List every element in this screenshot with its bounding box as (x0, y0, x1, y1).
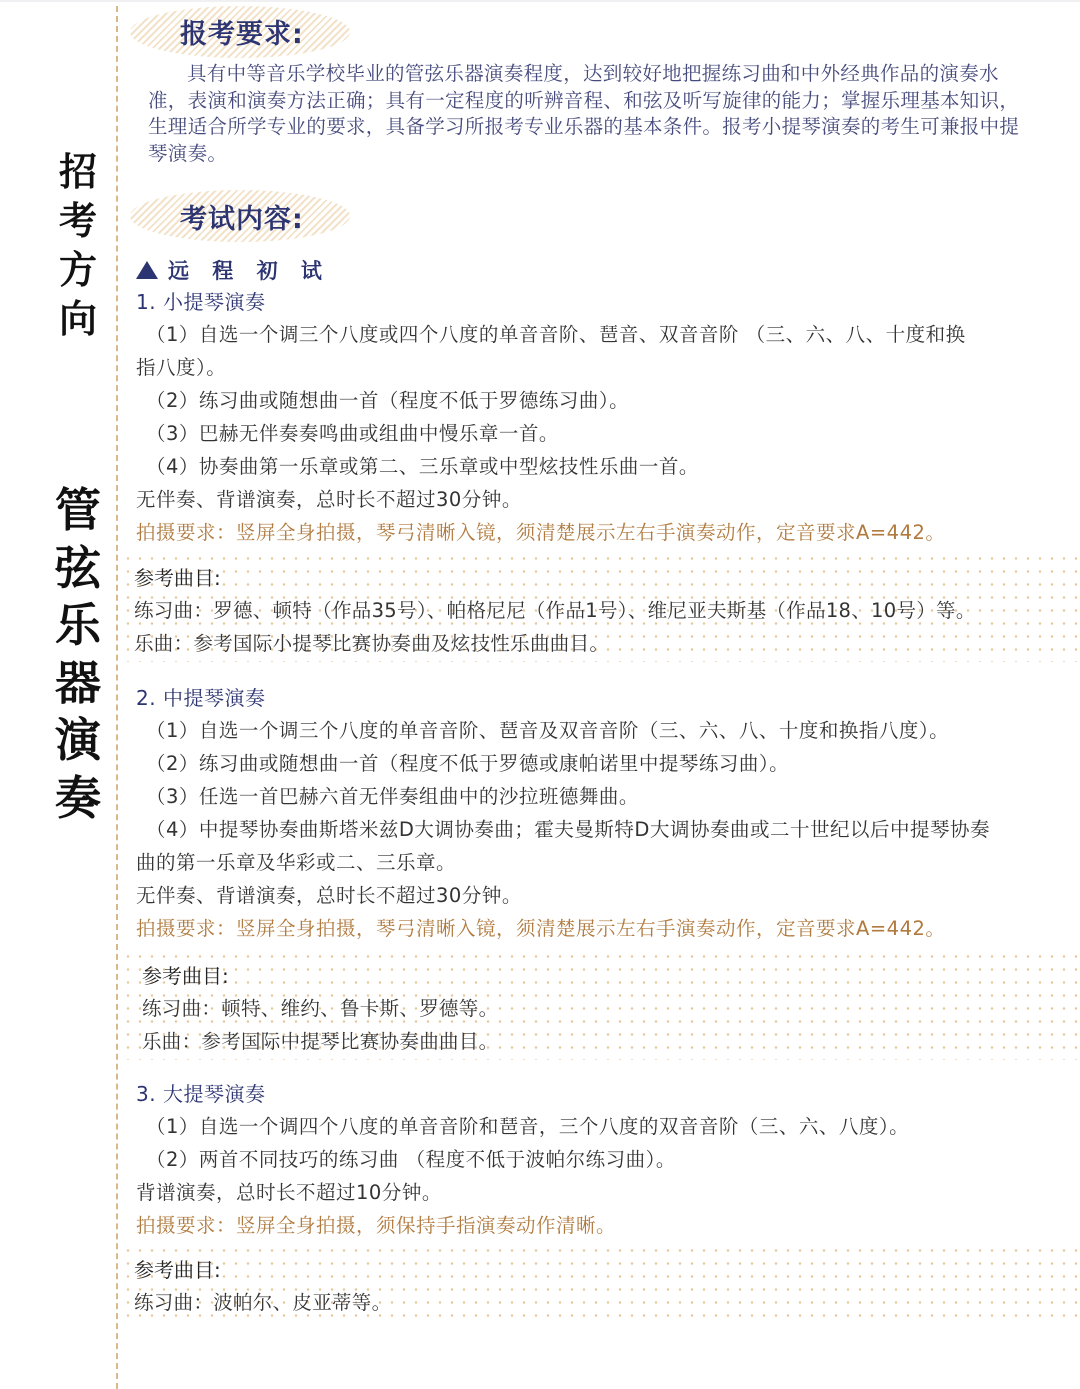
requirements-paragraph: 具有中等音乐学校毕业的管弦乐器演奏程度，达到较好地把握练习曲和中外经典作品的演奏… (148, 61, 1038, 167)
side-char: 乐 (55, 597, 101, 655)
requirement-item: （2）练习曲或随想曲一首（程度不低于罗德练习曲）。 (146, 385, 629, 413)
requirement-item: （4）中提琴协奏曲斯塔米兹D大调协奏曲；霍夫曼斯特D大调协奏曲或二十世纪以后中提… (146, 814, 990, 842)
reference-line: 练习曲：罗德、顿特（作品35号）、帕格尼尼（作品1号）、维尼亚夫斯基（作品18、… (134, 595, 976, 623)
side-char: 器 (55, 655, 101, 713)
side-label-major: 管 弦 乐 器 演 奏 (50, 482, 106, 827)
requirement-item: （1）自选一个调三个八度或四个八度的单音音阶、琶音、双音音阶 （三、六、八、十度… (146, 319, 966, 347)
reference-line: 练习曲：波帕尔、皮亚蒂等。 (134, 1287, 391, 1315)
reference-title: 参考曲目: (134, 1254, 221, 1283)
requirement-item: 曲的第一乐章及华彩或二、三乐章。 (136, 847, 456, 875)
reference-line: 乐曲：参考国际中提琴比赛协奏曲曲目。 (142, 1026, 498, 1054)
duration-text: 背谱演奏，总时长不超过10分钟。 (136, 1177, 442, 1205)
side-char: 弦 (55, 540, 101, 598)
side-label-admission-direction: 招 考 方 向 (50, 148, 106, 344)
reference-line: 乐曲：参考国际小提琴比赛协奏曲及炫技性乐曲曲目。 (134, 628, 609, 656)
instrument-heading-viola: 2. 中提琴演奏 (136, 682, 265, 711)
top-border (0, 0, 1080, 2)
section-title-content: 考试内容: (180, 197, 304, 236)
side-char: 管 (55, 482, 101, 540)
stage-label: 远 程 初 试 (168, 259, 330, 283)
reference-title: 参考曲目: (142, 960, 229, 989)
filming-requirement: 拍摄要求：竖屏全身拍摄，琴弓清晰入镜，须清楚展示左右手演奏动作，定音要求A=44… (136, 517, 945, 545)
reference-box-viola: 参考曲目: 练习曲：顿特、维约、鲁卡斯、罗德等。 乐曲：参考国际中提琴比赛协奏曲… (120, 948, 1078, 1060)
instrument-heading-violin: 1. 小提琴演奏 (136, 286, 265, 315)
vertical-dashed-divider (116, 6, 118, 1389)
requirement-item: （1）自选一个调四个八度的单音音阶和琶音，三个八度的双音音阶（三、六、八度）。 (146, 1111, 909, 1139)
duration-text: 无伴奏、背谱演奏，总时长不超过30分钟。 (136, 880, 522, 908)
side-char: 演 (55, 712, 101, 770)
section-title-requirements: 报考要求: (180, 12, 304, 51)
filming-requirement: 拍摄要求：竖屏全身拍摄，琴弓清晰入镜，须清楚展示左右手演奏动作，定音要求A=44… (136, 913, 945, 941)
filming-requirement: 拍摄要求：竖屏全身拍摄，须保持手指演奏动作清晰。 (136, 1210, 616, 1238)
side-char: 考 (59, 197, 97, 246)
stage-heading: 远 程 初 试 (136, 255, 330, 285)
reference-box-cello: 参考曲目: 练习曲：波帕尔、皮亚蒂等。 (120, 1242, 1078, 1326)
requirement-item: （4）协奏曲第一乐章或第二、三乐章或中型炫技性乐曲一首。 (146, 451, 699, 479)
instrument-heading-cello: 3. 大提琴演奏 (136, 1078, 265, 1107)
requirement-item: （3）巴赫无伴奏奏鸣曲或组曲中慢乐章一首。 (146, 418, 559, 446)
side-char: 方 (59, 246, 97, 295)
side-char: 向 (59, 295, 97, 344)
side-char: 招 (59, 148, 97, 197)
requirement-item: （2）两首不同技巧的练习曲 （程度不低于波帕尔练习曲）。 (146, 1144, 676, 1172)
side-char: 奏 (55, 770, 101, 828)
requirement-item: （1）自选一个调三个八度的单音音阶、琶音及双音音阶（三、六、八、十度和换指八度）… (146, 715, 949, 743)
triangle-icon (136, 261, 158, 279)
requirement-item: （2）练习曲或随想曲一首（程度不低于罗德或康帕诺里中提琴练习曲）。 (146, 748, 789, 776)
reference-line: 练习曲：顿特、维约、鲁卡斯、罗德等。 (142, 993, 498, 1021)
requirement-item: （3）任选一首巴赫六首无伴奏组曲中的沙拉班德舞曲。 (146, 781, 639, 809)
reference-box-violin: 参考曲目: 练习曲：罗德、顿特（作品35号）、帕格尼尼（作品1号）、维尼亚夫斯基… (120, 550, 1078, 662)
requirement-item: 指八度）。 (136, 352, 226, 380)
reference-title: 参考曲目: (134, 562, 221, 591)
duration-text: 无伴奏、背谱演奏，总时长不超过30分钟。 (136, 484, 522, 512)
